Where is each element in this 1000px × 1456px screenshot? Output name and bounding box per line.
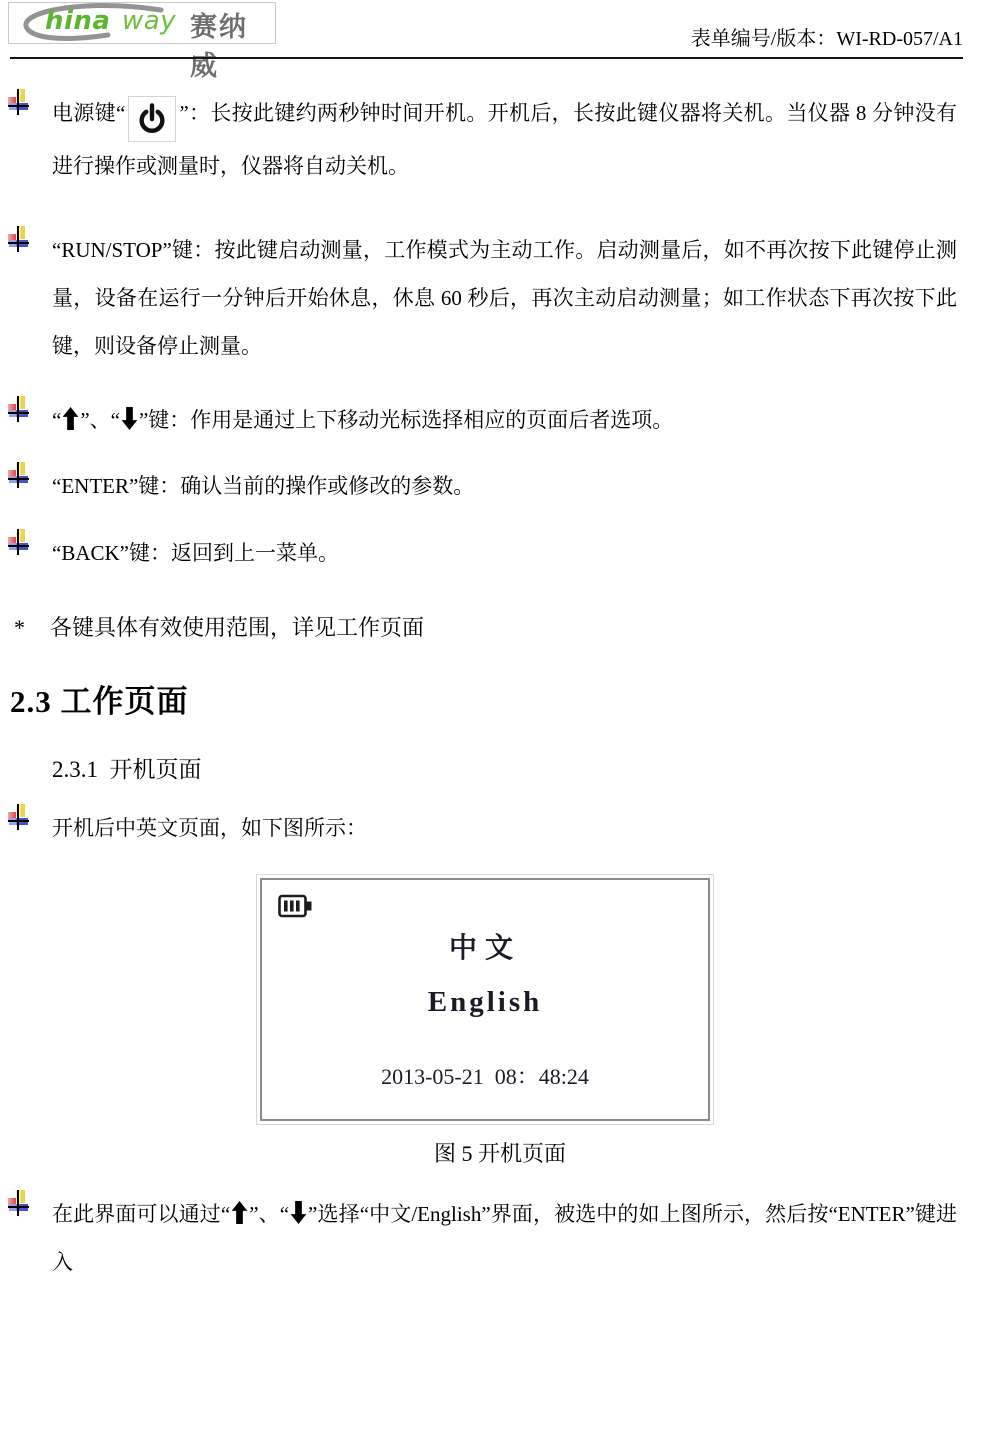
doc-reference: 表单编号/版本：WI-RD-057/A1 bbox=[691, 22, 963, 51]
note-line: *各键具体有效使用范围，详见工作页面 bbox=[0, 611, 1000, 642]
logo-text-hina: hina bbox=[45, 6, 110, 36]
bullet-text: “BACK”键：返回到上一菜单。 bbox=[52, 529, 957, 577]
bullet-select-language: 在此界面可以通过“”、“”选择“中文/English”界面，被选中的如上图所示，… bbox=[0, 1190, 1000, 1286]
chinaway-logo: hina way 赛纳威 bbox=[8, 2, 276, 44]
page-header: hina way 赛纳威 表单编号/版本：WI-RD-057/A1 bbox=[0, 0, 1000, 57]
bullet-text: 电源键“”：长按此键约两秒钟时间开机。开机后，长按此键仪器将关机。当仪器 8 分… bbox=[52, 89, 957, 190]
down-arrow-icon bbox=[121, 407, 138, 430]
power-icon bbox=[137, 103, 167, 135]
power-key-image bbox=[128, 96, 176, 142]
bullet-text: 在此界面可以通过“”、“”选择“中文/English”界面，被选中的如上图所示，… bbox=[52, 1190, 957, 1286]
text-run: “ bbox=[52, 408, 61, 432]
section-heading: 2.3 工作页面 bbox=[0, 676, 1000, 721]
text-run: 电源键“ bbox=[52, 101, 125, 125]
bullet-text: 开机后中英文页面，如下图所示： bbox=[52, 804, 957, 852]
figure-caption: 图 5 开机页面 bbox=[0, 1137, 1000, 1168]
up-arrow-icon bbox=[62, 407, 79, 430]
logo-text-way: way bbox=[122, 6, 176, 36]
up-arrow-icon bbox=[231, 1201, 248, 1224]
manual-page: hina way 赛纳威 表单编号/版本：WI-RD-057/A1 电源键“”：… bbox=[0, 0, 1000, 1456]
screen-datetime: 2013-05-21 08：48:24 bbox=[262, 1060, 708, 1091]
text-run: ”：长按此键约两秒钟时间开机。开机后，长按此键仪器将关机。当仪器 8 分钟没有进… bbox=[52, 101, 957, 178]
logo-text-cn: 赛纳威 bbox=[190, 5, 275, 83]
figure-boot-screen: 中文 English 2013-05-21 08：48:24 图 5 开机页面 bbox=[0, 878, 1000, 1168]
text-run: ”键：作用是通过上下移动光标选择相应的页面后者选项。 bbox=[139, 408, 673, 432]
bullet-arrow-keys: “”、“”键：作用是通过上下移动光标选择相应的页面后者选项。 bbox=[0, 396, 1000, 444]
battery-icon bbox=[278, 894, 314, 919]
bullet-back-key: “BACK”键：返回到上一菜单。 bbox=[0, 529, 1000, 577]
bullet-runstop-key: “RUN/STOP”键：按此键启动测量，工作模式为主动工作。启动测量后，如不再次… bbox=[0, 226, 1000, 370]
down-arrow-icon bbox=[290, 1201, 307, 1224]
text-run: ”、“ bbox=[80, 408, 120, 432]
screen-option-english: English bbox=[262, 986, 708, 1019]
bullet-text: “”、“”键：作用是通过上下移动光标选择相应的页面后者选项。 bbox=[52, 396, 957, 444]
bullet-text: “RUN/STOP”键：按此键启动测量，工作模式为主动工作。启动测量后，如不再次… bbox=[52, 226, 957, 370]
screen-option-chinese: 中文 bbox=[262, 926, 708, 966]
bullet-enter-key: “ENTER”键：确认当前的操作或修改的参数。 bbox=[0, 462, 1000, 510]
bullet-boot-page: 开机后中英文页面，如下图所示： bbox=[0, 804, 1000, 852]
text-run: ”、“ bbox=[249, 1202, 289, 1226]
note-text: 各键具体有效使用范围，详见工作页面 bbox=[50, 615, 424, 640]
device-screen: 中文 English 2013-05-21 08：48:24 bbox=[260, 878, 710, 1121]
asterisk: * bbox=[14, 615, 50, 641]
subsection-heading: 2.3.1 开机页面 bbox=[0, 751, 1000, 784]
text-run: 在此界面可以通过“ bbox=[52, 1202, 230, 1226]
header-rule bbox=[10, 57, 963, 59]
bullet-text: “ENTER”键：确认当前的操作或修改的参数。 bbox=[52, 462, 957, 510]
bullet-power-key: 电源键“”：长按此键约两秒钟时间开机。开机后，长按此键仪器将关机。当仪器 8 分… bbox=[0, 89, 1000, 190]
